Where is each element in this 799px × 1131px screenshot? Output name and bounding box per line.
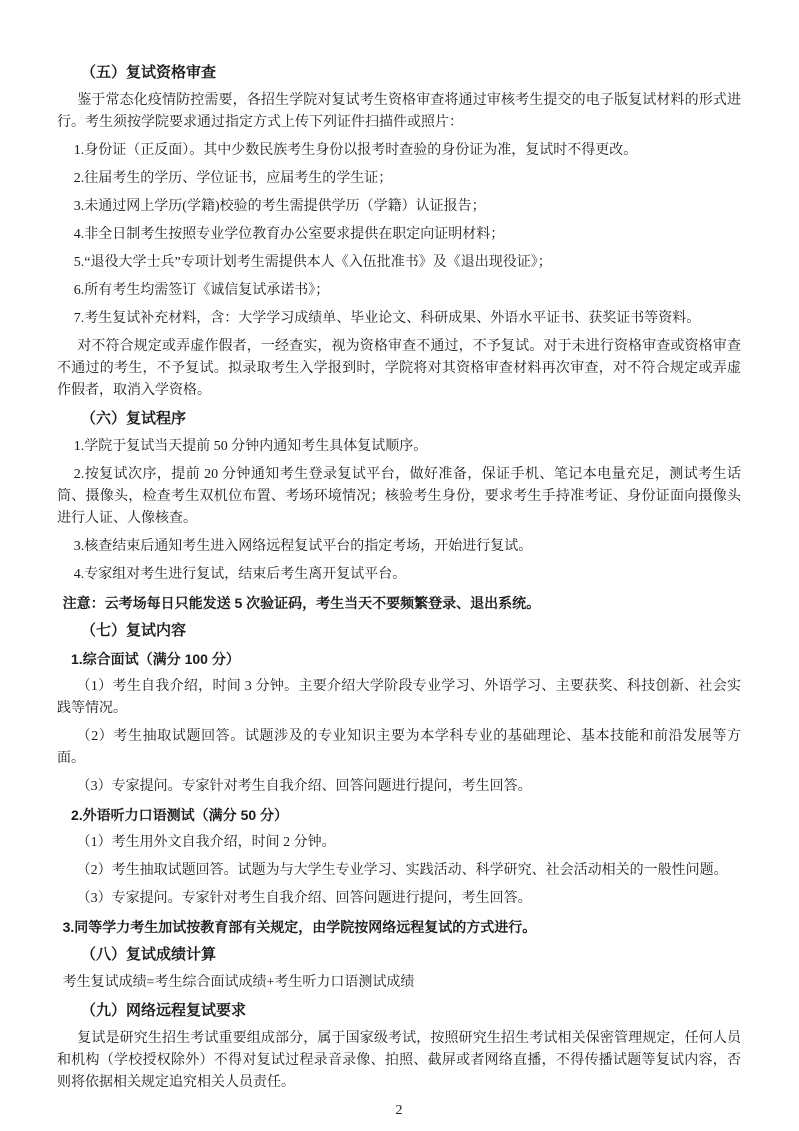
- section-heading-5: （五）复试资格审查: [57, 62, 741, 84]
- procedure-step-4: 4.专家组对考生进行复试，结束后考生离开复试平台。: [57, 564, 741, 586]
- language-sub-1: （1）考生用外文自我介绍，时间 2 分钟。: [57, 832, 741, 854]
- list-item-7-supplementary: 7.考生复试补充材料，含：大学学习成绩单、毕业论文、科研成果、外语水平证书、获奖…: [57, 308, 741, 330]
- interview-sub-2: （2）考生抽取试题回答。试题涉及的专业知识主要为本学科专业的基础理论、基本技能和…: [57, 726, 741, 770]
- interview-sub-3: （3）专家提问。专家针对考生自我介绍、回答问题进行提问，考生回答。: [57, 776, 741, 798]
- interview-sub-1: （1）考生自我介绍，时间 3 分钟。主要介绍大学阶段专业学习、外语学习、主要获奖…: [57, 676, 741, 720]
- para-remote-requirements: 复试是研究生招生考试重要组成部分，属于国家级考试，按照研究生招生考试相关保密管理…: [57, 1028, 741, 1094]
- section-heading-8: （八）复试成绩计算: [57, 944, 741, 966]
- document-page: （五）复试资格审查 鉴于常态化疫情防控需要，各招生学院对复试考生资格审查将通过审…: [0, 0, 799, 1131]
- para-qualification-intro: 鉴于常态化疫情防控需要，各招生学院对复试考生资格审查将通过审核考生提交的电子版复…: [57, 90, 741, 134]
- procedure-step-1: 1.学院于复试当天提前 50 分钟内通知考生具体复试顺序。: [57, 436, 741, 458]
- list-item-6-commitment: 6.所有考生均需签订《诚信复试承诺书》；: [57, 280, 741, 302]
- list-item-1-id-card: 1.身份证（正反面）。其中少数民族考生身份以报考时查验的身份证为准，复试时不得更…: [57, 140, 741, 162]
- content-item-1-interview: 1.综合面试（满分 100 分）: [57, 648, 741, 670]
- section-heading-9: （九）网络远程复试要求: [57, 1000, 741, 1022]
- content-item-3-equivalent: 3.同等学力考生加试按教育部有关规定，由学院按网络远程复试的方式进行。: [57, 916, 741, 938]
- section-heading-7: （七）复试内容: [57, 620, 741, 642]
- language-sub-2: （2）考生抽取试题回答。试题为与大学生专业学习、实践活动、科学研究、社会活动相关…: [57, 860, 741, 882]
- note-verification-code: 注意：云考场每日只能发送 5 次验证码，考生当天不要频繁登录、退出系统。: [57, 592, 741, 614]
- content-item-2-language-test: 2.外语听力口语测试（满分 50 分）: [57, 804, 741, 826]
- list-item-3-verification: 3.未通过网上学历(学籍)校验的考生需提供学历（学籍）认证报告；: [57, 196, 741, 218]
- procedure-step-2: 2.按复试次序，提前 20 分钟通知考生登录复试平台，做好准备，保证手机、笔记本…: [57, 464, 741, 530]
- list-item-5-veteran: 5.“退役大学士兵”专项计划考生需提供本人《入伍批准书》及《退出现役证》；: [57, 252, 741, 274]
- list-item-2-diploma: 2.往届考生的学历、学位证书，应届考生的学生证；: [57, 168, 741, 190]
- para-violation-policy: 对不符合规定或弄虚作假者，一经查实，视为资格审查不通过，不予复试。对于未进行资格…: [57, 336, 741, 402]
- section-heading-6: （六）复试程序: [57, 408, 741, 430]
- procedure-step-3: 3.核查结束后通知考生进入网络远程复试平台的指定考场，开始进行复试。: [57, 536, 741, 558]
- language-sub-3: （3）专家提问。专家针对考生自我介绍、回答问题进行提问，考生回答。: [57, 888, 741, 910]
- score-formula: 考生复试成绩=考生综合面试成绩+考生听力口语测试成绩: [57, 972, 741, 994]
- page-number: 2: [57, 1100, 741, 1122]
- list-item-4-part-time: 4.非全日制考生按照专业学位教育办公室要求提供在职定向证明材料；: [57, 224, 741, 246]
